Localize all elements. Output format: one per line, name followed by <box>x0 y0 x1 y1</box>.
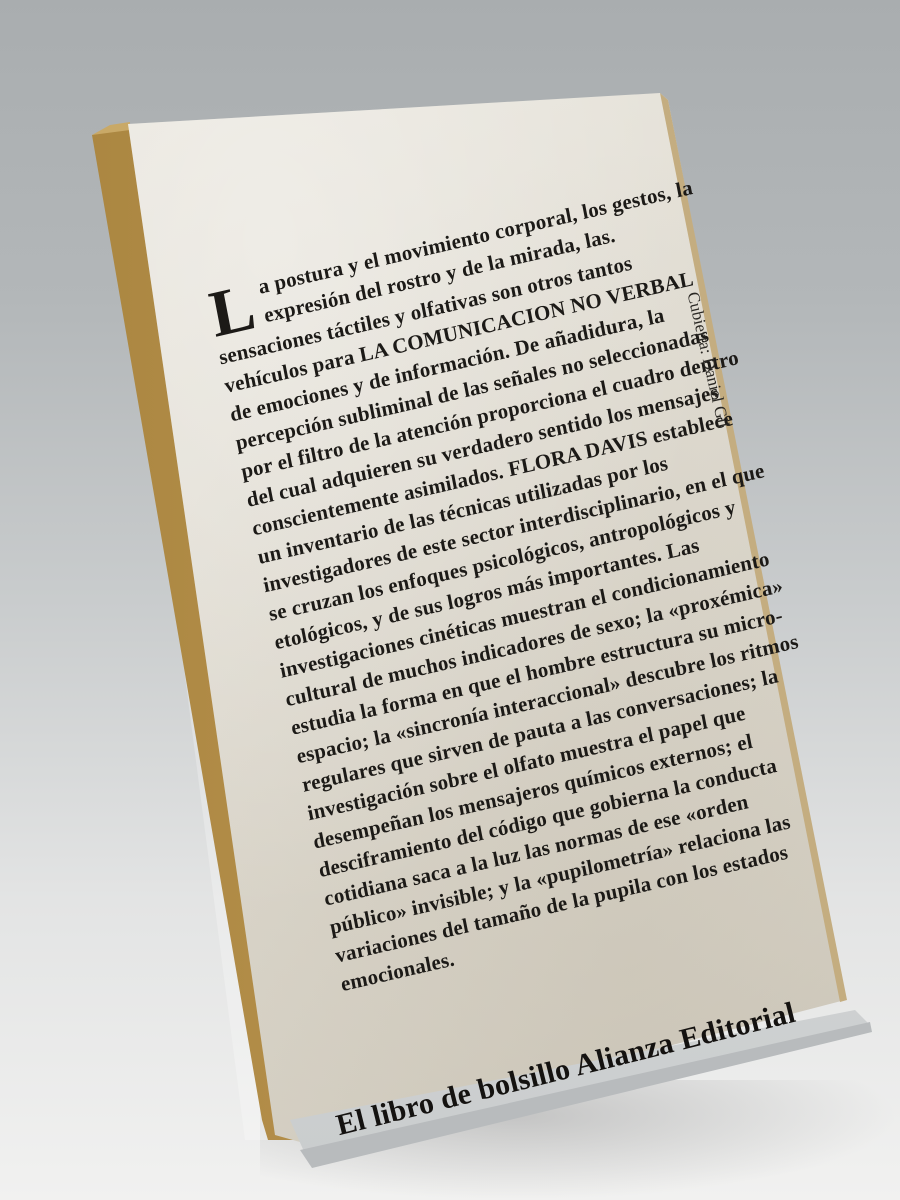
photo-scene: L a postura y el movimiento corporal, lo… <box>0 0 900 1200</box>
